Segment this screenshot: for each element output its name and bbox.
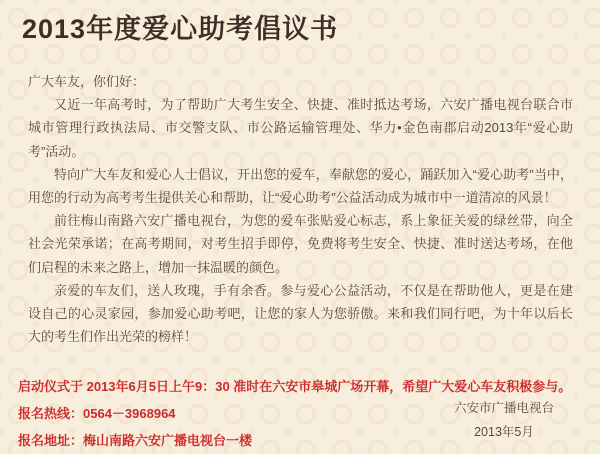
body-paragraph-closing: 亲爱的车友们，送人玫瑰，手有余香。参与爱心公益活动，不仅是在帮助他人，更是在建设…	[28, 279, 573, 349]
signature-organization: 六安市广播电视台	[454, 399, 554, 417]
notice-ceremony-line: 启动仪式于 2013年6月5日上午9：30 准时在六安市皋城广场开幕，希望广大爱…	[18, 373, 573, 400]
signature-block: 六安市广播电视台 2013年5月	[454, 399, 554, 441]
signature-date: 2013年5月	[454, 423, 554, 441]
document-body: 广大车友，你们好： 又近一年高考时，为了帮助广大考生安全、快捷、准时抵达考场，六…	[28, 70, 573, 348]
body-paragraph-launch: 又近一年高考时，为了帮助广大考生安全、快捷、准时抵达考场，六安广播电视台联合市城…	[28, 93, 573, 163]
proposal-document: 2013年度爱心助考倡议书 广大车友，你们好： 又近一年高考时，为了帮助广大考生…	[0, 0, 600, 454]
page-title: 2013年度爱心助考倡议书	[0, 0, 600, 47]
body-paragraph-instructions: 前往梅山南路六安广播电视台，为您的爱车张贴爱心标志，系上象征关爱的绿丝带，向全社…	[28, 209, 573, 279]
greeting-line: 广大车友，你们好：	[28, 70, 573, 93]
body-paragraph-appeal: 特向广大车友和爱心人士倡议，开出您的爱车，奉献您的爱心，踊跃加入“爱心助考”当中…	[28, 163, 573, 209]
